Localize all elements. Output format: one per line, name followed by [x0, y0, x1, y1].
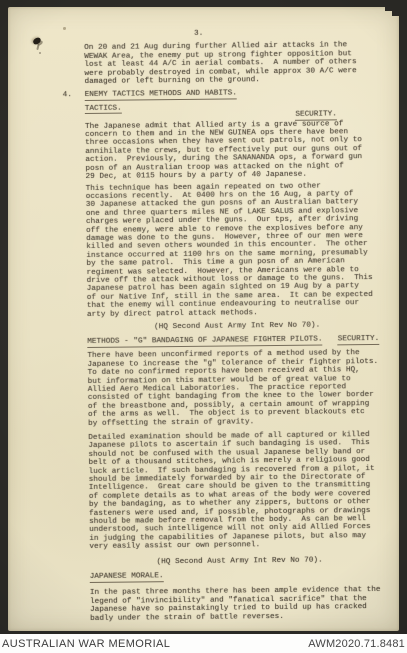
methods-paragraph-2: Detailed examination should be made of a… [88, 431, 381, 552]
ink-dot-mark [39, 52, 41, 54]
morale-heading: JAPANESE MORALE. [90, 570, 382, 581]
paper-speck [63, 27, 66, 30]
document-page: 3. On 20 and 21 Aug during further Allie… [8, 7, 399, 631]
intro-paragraph: On 20 and 21 Aug during further Allied a… [84, 41, 376, 86]
awm-institution-label: AUSTRALIAN WAR MEMORIAL [2, 638, 170, 650]
hole-punch-mark-tail [36, 44, 39, 50]
morale-paragraph: In the past three months there has been … [90, 586, 382, 623]
awm-accession-number: AWM2020.71.8481 [308, 638, 405, 650]
morale-heading-label: JAPANESE MORALE. [90, 572, 164, 582]
section-number: 4. [63, 92, 72, 101]
tactics-heading-label: TACTICS. [85, 104, 122, 114]
methods-title: METHODS - "G" BANDAGING OF JAPANESE FIGH… [87, 336, 322, 348]
section-heading: 4. ENEMY TACTICS METHODS AND HABITS. [85, 88, 377, 99]
tactics-paragraph-1: The Japanese admit that Allied arty is a… [85, 120, 378, 182]
methods-paragraph-1: There have been unconfirmed reports of a… [87, 349, 380, 428]
tactics-citation: (HQ Second Aust Army Int Rev No 70). [154, 321, 379, 332]
methods-classification-label: SECURITY. [338, 335, 380, 345]
tactics-classification-label: SECURITY. [295, 111, 337, 121]
section-title: ENEMY TACTICS METHODS AND HABITS. [85, 90, 237, 101]
typewritten-content: 3. On 20 and 21 Aug during further Allie… [84, 28, 382, 627]
awm-footer-bar: AUSTRALIAN WAR MEMORIAL AWM2020.71.8481 [0, 634, 407, 653]
tactics-paragraph-2: This technique has been again repeated o… [86, 181, 379, 319]
archive-photo-frame: 3. On 20 and 21 Aug during further Allie… [0, 0, 407, 653]
methods-citation: (HQ Second Aust Army Int Rev No 70). [157, 556, 382, 567]
page-number: 3. [194, 28, 376, 38]
methods-heading: METHODS - "G" BANDAGING OF JAPANESE FIGH… [87, 335, 379, 348]
